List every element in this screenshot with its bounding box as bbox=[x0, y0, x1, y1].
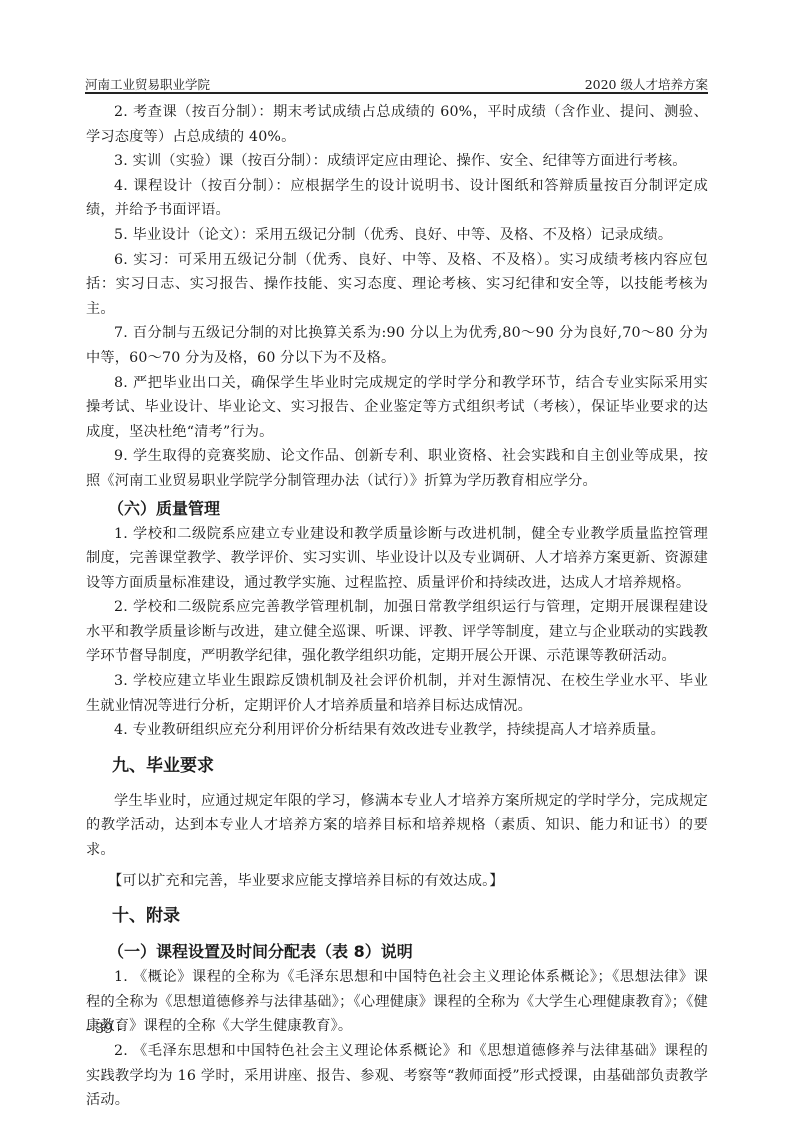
graduation-body: 学生毕业时，应通过规定年限的学习，修满本专业人才培养方案所规定的学时学分，完成规… bbox=[86, 789, 708, 863]
page-number: - 39 - bbox=[86, 1021, 122, 1037]
assessment-item-6: 6. 实习：可采用五级记分制（优秀、良好、中等、及格、不及格）。实习成绩考核内容… bbox=[86, 248, 708, 322]
quality-item-3: 3. 学校应建立毕业生跟踪反馈机制及社会评价机制，并对生源情况、在校生学业水平、… bbox=[86, 669, 708, 718]
quality-item-4: 4. 专业教研组织应充分利用评价分析结果有效改进专业教学，持续提高人才培养质量。 bbox=[86, 718, 708, 743]
graduation-heading: 九、毕业要求 bbox=[112, 751, 708, 781]
assessment-item-9: 9. 学生取得的竞赛奖励、论文作品、创新专利、职业资格、社会实践和自主创业等成果… bbox=[86, 444, 708, 493]
quality-item-2: 2. 学校和二级院系应完善教学管理机制，加强日常教学组织运行与管理，定期开展课程… bbox=[86, 595, 708, 669]
quality-heading: （六）质量管理 bbox=[108, 496, 708, 522]
quality-management-section: （六）质量管理 1. 学校和二级院系应建立专业建设和教学质量诊断与改进机制，健全… bbox=[86, 496, 708, 743]
institution-name: 河南工业贸易职业学院 bbox=[85, 75, 210, 93]
graduation-note: 【可以扩充和完善，毕业要求应能支撑培养目标的有效达成。】 bbox=[86, 869, 708, 894]
appendix-item-2: 2. 《毛泽东思想和中国特色社会主义理论体系概论》和《思想道德修养与法律基础》课… bbox=[86, 1039, 708, 1113]
assessment-item-3: 3. 实训（实验）课（按百分制）：成绩评定应由理论、操作、安全、纪律等方面进行考… bbox=[86, 149, 708, 174]
appendix-heading: 十、附录 bbox=[112, 901, 708, 931]
assessment-item-7: 7. 百分制与五级记分制的对比换算关系为:90 分以上为优秀,80～90 分为良… bbox=[86, 321, 708, 370]
assessment-item-2: 2. 考查课（按百分制）：期末考试成绩占总成绩的 60%，平时成绩（含作业、提问… bbox=[86, 100, 708, 149]
appendix-section: 十、附录 （一）课程设置及时间分配表（表 8）说明 1. 《概论》课程的全称为《… bbox=[86, 901, 708, 1113]
quality-item-1: 1. 学校和二级院系应建立专业建设和教学质量诊断与改进机制，健全专业教学质量监控… bbox=[86, 522, 708, 596]
assessment-item-4: 4. 课程设计（按百分制）：应根据学生的设计说明书、设计图纸和答辩质量按百分制评… bbox=[86, 174, 708, 223]
graduation-section: 九、毕业要求 学生毕业时，应通过规定年限的学习，修满本专业人才培养方案所规定的学… bbox=[86, 751, 708, 893]
page-content: 2. 考查课（按百分制）：期末考试成绩占总成绩的 60%，平时成绩（含作业、提问… bbox=[86, 100, 708, 1113]
assessment-item-8: 8. 严把毕业出口关，确保学生毕业时完成规定的学时学分和教学环节，结合专业实际采… bbox=[86, 371, 708, 445]
appendix-item-1: 1. 《概论》课程的全称为《毛泽东思想和中国特色社会主义理论体系概论》；《思想法… bbox=[86, 965, 708, 1039]
appendix-subheading: （一）课程设置及时间分配表（表 8）说明 bbox=[108, 939, 708, 965]
assessment-item-5: 5. 毕业设计（论文）：采用五级记分制（优秀、良好、中等、及格、不及格）记录成绩… bbox=[86, 223, 708, 248]
document-title: 2020 级人才培养方案 bbox=[585, 75, 708, 93]
page-header: 河南工业贸易职业学院 2020 级人才培养方案 bbox=[85, 75, 708, 94]
assessment-section: 2. 考查课（按百分制）：期末考试成绩占总成绩的 60%，平时成绩（含作业、提问… bbox=[86, 100, 708, 494]
